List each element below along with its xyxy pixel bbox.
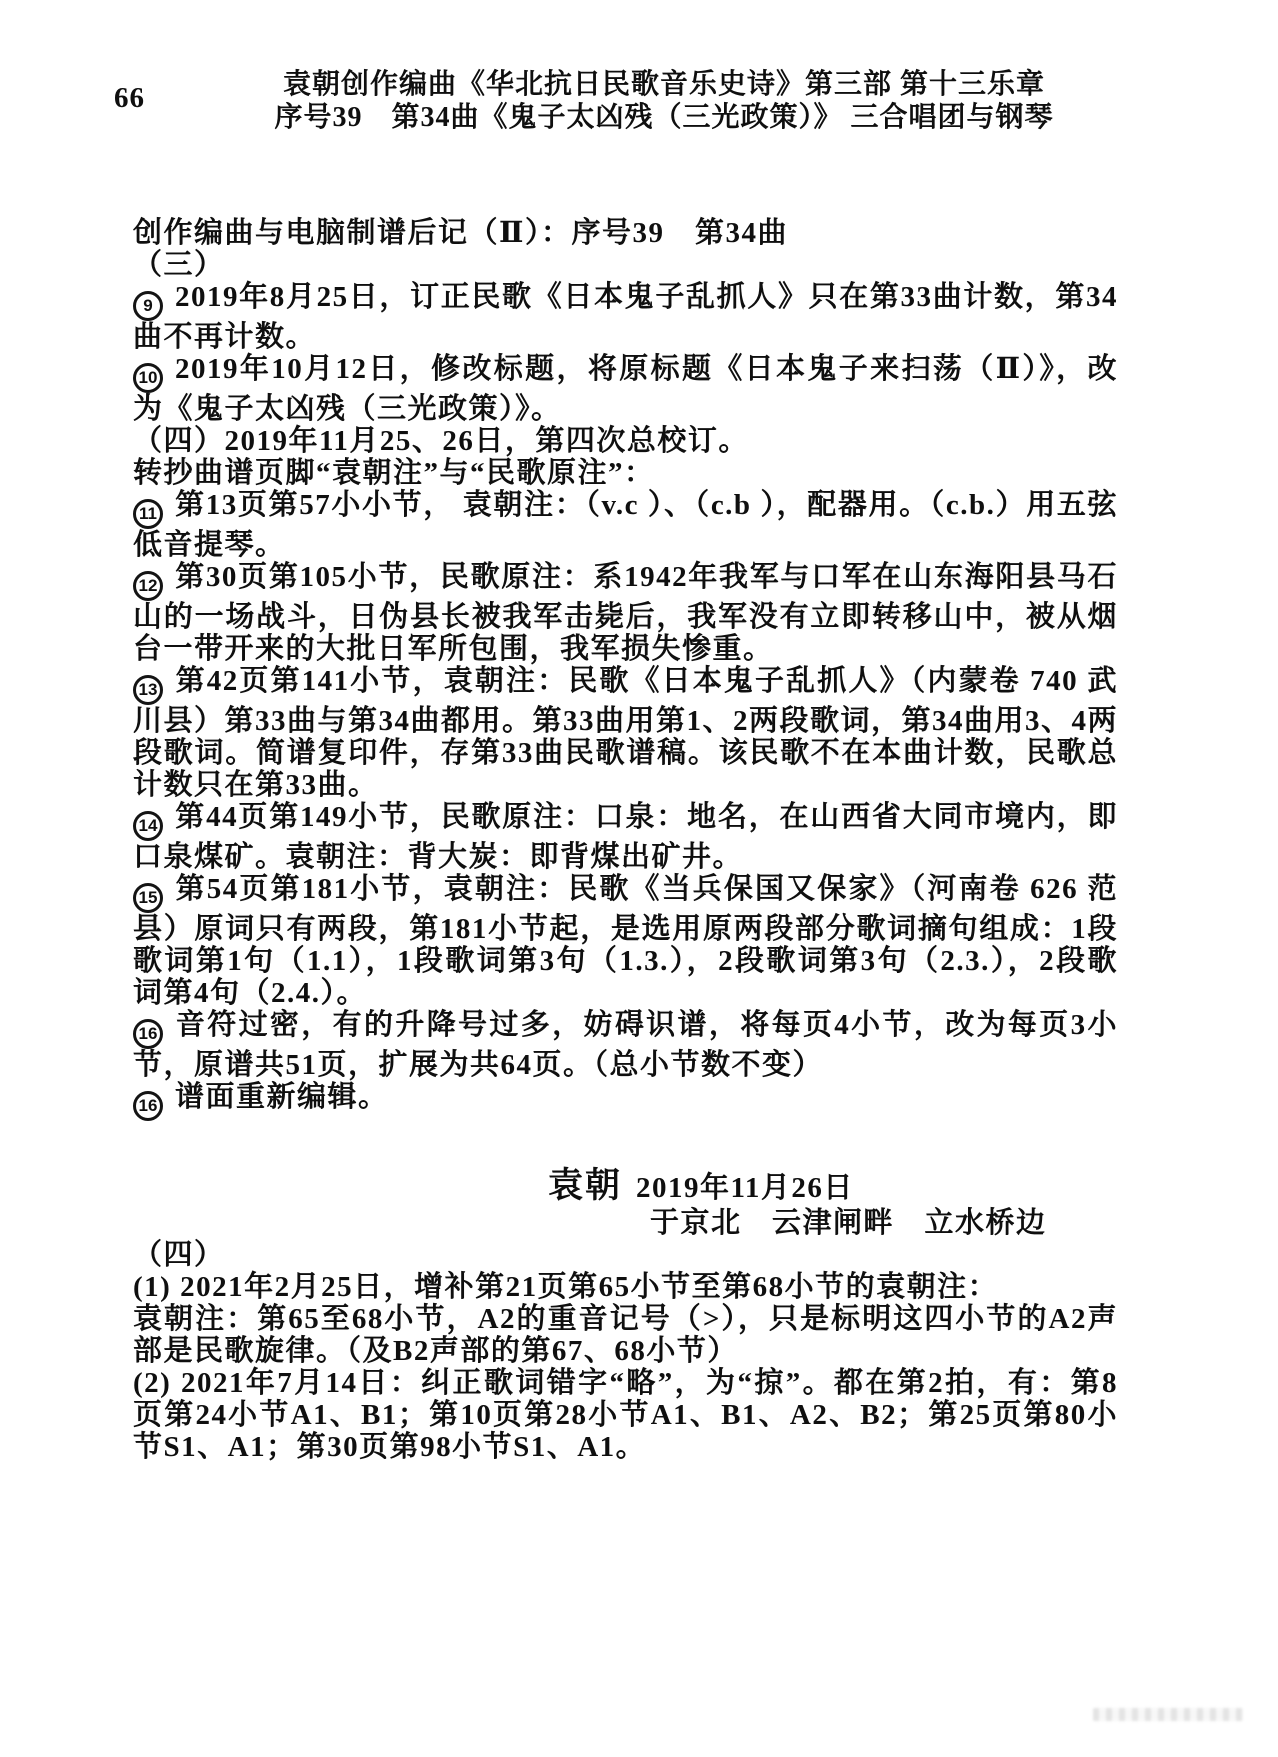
signature-line: 袁朝2019年11月26日	[133, 1167, 1118, 1207]
header-line2: 序号39 第34曲《鬼子太凶残（三光政策）》 三合唱团与钢琴	[248, 101, 1080, 134]
note-item-13: 13第42页第141小节，袁朝注：民歌《日本鬼子乱抓人》（内蒙卷 740 武川县…	[133, 665, 1118, 801]
faint-watermark	[1093, 1708, 1243, 1721]
addendum-para-note: 袁朝注：第65至68小节，A2的重音记号（>），只是标明这四小节的A2声部是民歌…	[133, 1303, 1118, 1367]
note-item-14: 14第44页第149小节，民歌原注：口泉：地名，在山西省大同市境内，即口泉煤矿。…	[133, 801, 1118, 873]
note-item-14-text: 第44页第149小节，民歌原注：口泉：地名，在山西省大同市境内，即口泉煤矿。袁朝…	[133, 801, 1118, 873]
circled-number-icon: 16	[133, 1019, 163, 1049]
scanned-document-page: 66 袁朝创作编曲《华北抗日民歌音乐史诗》第三部 第十三乐章 序号39 第34曲…	[0, 0, 1278, 1757]
note-item-16a: 16音符过密，有的升降号过多，妨碍识谱，将每页4小节，改为每页3小节，原谱共51…	[133, 1009, 1118, 1081]
section-three-label: （三）	[133, 249, 1118, 281]
circled-number-icon: 14	[133, 811, 163, 841]
note-item-12: 12第30页第105小节，民歌原注：系1942年我军与口军在山东海阳县马石山的一…	[133, 561, 1118, 665]
note-item-9: 92019年8月25日，订正民歌《日本鬼子乱抓人》只在第33曲计数，第34曲不再…	[133, 281, 1118, 353]
addendum-para-2: (2) 2021年7月14日：纠正歌词错字“略”，为“掠”。都在第2拍，有：第8…	[133, 1367, 1118, 1463]
note-item-15-text: 第54页第181小节，袁朝注：民歌《当兵保国又保家》（河南卷 626 范县）原词…	[133, 873, 1118, 1009]
circled-number-icon: 9	[133, 291, 163, 321]
note-item-12-text: 第30页第105小节，民歌原注：系1942年我军与口军在山东海阳县马石山的一场战…	[133, 561, 1118, 665]
signature-name: 袁朝	[548, 1166, 622, 1205]
circled-number-icon: 11	[133, 499, 163, 529]
addendum-para-1: (1) 2021年2月25日，增补第21页第65小节至第68小节的袁朝注：	[133, 1271, 1118, 1303]
circled-number-icon: 10	[133, 363, 163, 393]
footnotes-intro-line: 转抄曲谱页脚“袁朝注”与“民歌原注”：	[133, 457, 1118, 489]
postscript-title: 创作编曲与电脑制谱后记（Ⅱ）：序号39 第34曲	[133, 217, 1118, 249]
note-item-16b-text: 谱面重新编辑。	[175, 1081, 389, 1113]
fourth-proof-line: （四）2019年11月25、26日，第四次总校订。	[133, 425, 1118, 457]
note-item-16a-text: 音符过密，有的升降号过多，妨碍识谱，将每页4小节，改为每页3小节，原谱共51页，…	[133, 1009, 1118, 1081]
circled-number-icon: 15	[133, 883, 163, 913]
header-line1: 袁朝创作编曲《华北抗日民歌音乐史诗》第三部 第十三乐章	[248, 68, 1080, 101]
note-item-11: 11第13页第57小小节， 袁朝注：（v.c ）、（c.b ），配器用。（c.b…	[133, 489, 1118, 561]
note-item-10: 102019年10月12日，修改标题，将原标题《日本鬼子来扫荡（Ⅱ）》，改为《鬼…	[133, 353, 1118, 425]
note-item-16b: 16谱面重新编辑。	[133, 1081, 1118, 1121]
document-header: 袁朝创作编曲《华北抗日民歌音乐史诗》第三部 第十三乐章 序号39 第34曲《鬼子…	[248, 68, 1080, 134]
document-body: 创作编曲与电脑制谱后记（Ⅱ）：序号39 第34曲 （三） 92019年8月25日…	[133, 217, 1118, 1463]
circled-number-icon: 16	[133, 1091, 163, 1121]
signature-date: 2019年11月26日	[636, 1172, 854, 1204]
circled-number-icon: 13	[133, 675, 163, 705]
note-item-11-text: 第13页第57小小节， 袁朝注：（v.c ）、（c.b ），配器用。（c.b.）…	[133, 489, 1118, 561]
note-item-13-text: 第42页第141小节，袁朝注：民歌《日本鬼子乱抓人》（内蒙卷 740 武川县）第…	[133, 665, 1118, 801]
note-item-9-text: 2019年8月25日，订正民歌《日本鬼子乱抓人》只在第33曲计数，第34曲不再计…	[133, 281, 1118, 353]
signature-place: 于京北 云津闸畔 立水桥边	[133, 1207, 1118, 1239]
circled-number-icon: 12	[133, 571, 163, 601]
section-four-label: （四）	[133, 1239, 1118, 1271]
note-item-10-text: 2019年10月12日，修改标题，将原标题《日本鬼子来扫荡（Ⅱ）》，改为《鬼子太…	[133, 353, 1118, 425]
note-item-15: 15第54页第181小节，袁朝注：民歌《当兵保国又保家》（河南卷 626 范县）…	[133, 873, 1118, 1009]
page-number: 66	[114, 82, 145, 115]
